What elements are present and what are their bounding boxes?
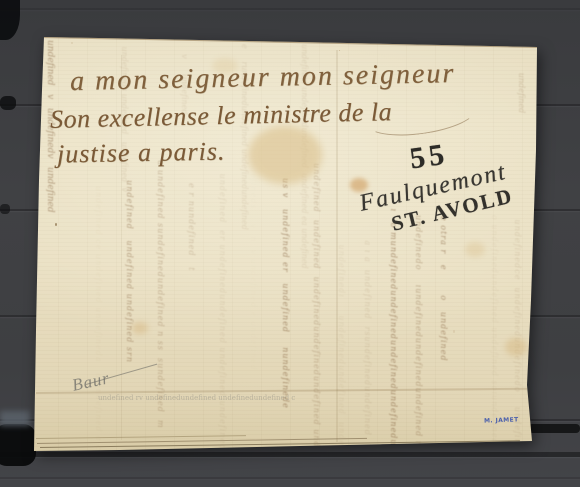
showthrough-column: a ı a undefined rsundefinedundefined: [363, 237, 372, 397]
texture: [465, 242, 485, 257]
showthrough-column: e rundefinedundefined undefinedundefined: [240, 44, 249, 154]
showthrough-column: undefined undefined undefinedundefinedun…: [312, 156, 321, 337]
showthrough-column: undefinedo ıundefinedundefinedundefined …: [414, 215, 423, 394]
showthrough-column: undefined: [517, 55, 526, 135]
showthrough-column: us v undefined er undefined nundefinede: [281, 178, 290, 376]
showthrough-column: a undefined sundefinedundefined n ss sun…: [156, 157, 165, 371]
texture: undefined rv undefinedundefined undefine…: [98, 394, 295, 402]
showthrough-column: o undefinedundefined undefined soıundefi…: [490, 215, 499, 427]
texture: [48, 33, 50, 35]
texture: [220, 29, 222, 31]
texture: [491, 42, 493, 44]
texture: [248, 126, 322, 184]
texture: [132, 322, 148, 334]
texture: [44, 36, 538, 48]
texture: [485, 36, 487, 38]
texture: [263, 342, 264, 343]
postmark-number: 55: [408, 138, 450, 177]
showthrough-column: undefinedce undefinedundefinedo undefine…: [513, 216, 522, 348]
folded-letter: undefined ce undefined undefineda o unde…: [0, 0, 580, 487]
address-line-3: justise a paris.: [57, 137, 226, 170]
texture: [182, 49, 185, 52]
photo-backdrop: undefined ce undefined undefineda o unde…: [0, 0, 580, 487]
texture: [36, 435, 246, 439]
letter-paper: undefined ce undefined undefineda o unde…: [0, 0, 580, 487]
texture: [296, 31, 299, 34]
texture: [55, 223, 58, 226]
showthrough-column: e otra r e o undefined: [439, 216, 448, 434]
texture: [505, 338, 527, 356]
texture: [505, 41, 506, 42]
showthrough-column: e r nundefined t: [187, 176, 196, 315]
showthrough-column: undefinedı undefinedundefined undefined: [337, 241, 346, 361]
blue-expert-mark: M. JAMET: [484, 416, 519, 424]
texture: [453, 330, 456, 333]
texture: [71, 42, 73, 44]
showthrough-column: aundefineds v n v undefined e undefined: [249, 149, 258, 334]
showthrough-column: undefined er undefinedundefined undefine…: [218, 163, 227, 388]
